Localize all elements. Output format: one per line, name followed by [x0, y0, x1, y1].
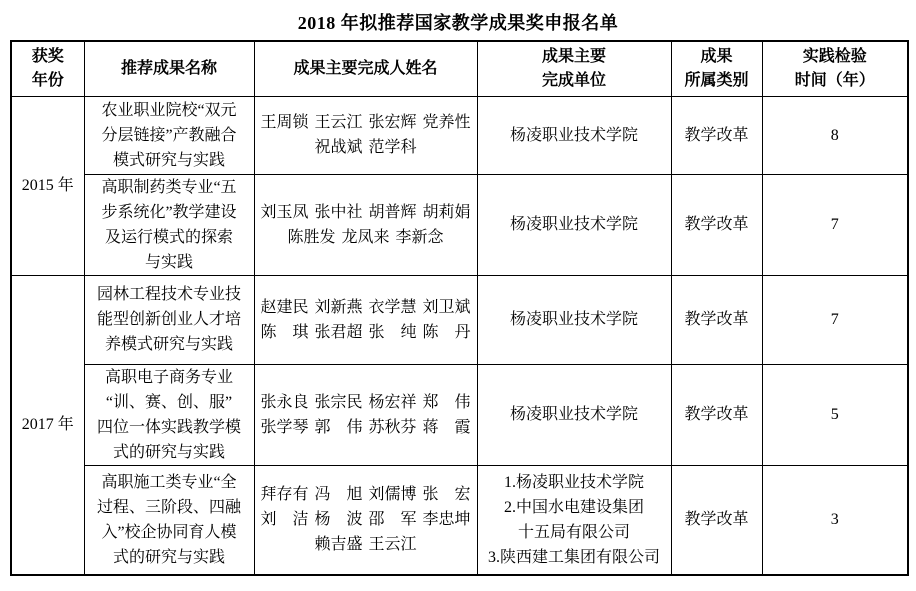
contributors-cell: 王周锁 王云江 张宏辉 党养性 祝战斌 范学科: [254, 96, 477, 174]
contributors-cell: 拜存有 冯 旭 刘儒博 张 宏 刘 洁 杨 波 邵 军 李忠坤 赖吉盛 王云江: [254, 465, 477, 575]
achievement-name-cell: 园林工程技术专业技 能型创新创业人才培 养模式研究与实践: [84, 275, 254, 364]
column-header-duration: 实践检验 时间（年）: [762, 41, 908, 96]
column-header-unit: 成果主要 完成单位: [477, 41, 671, 96]
header-row: 获奖 年份 推荐成果名称 成果主要完成人姓名 成果主要 完成单位 成果 所属类别…: [11, 41, 908, 96]
column-header-achievement-name: 推荐成果名称: [84, 41, 254, 96]
table-row: 高职电子商务专业 “训、赛、创、服” 四位一体实践教学模 式的研究与实践 张永良…: [11, 364, 908, 465]
unit-cell: 杨凌职业技术学院: [477, 174, 671, 275]
achievement-name-cell: 高职电子商务专业 “训、赛、创、服” 四位一体实践教学模 式的研究与实践: [84, 364, 254, 465]
table-row: 2015 年 农业职业院校“双元 分层链接”产教融合 模式研究与实践 王周锁 王…: [11, 96, 908, 174]
contributors-cell: 张永良 张宗民 杨宏祥 郑 伟 张学琴 郭 伟 苏秋芬 蒋 霞: [254, 364, 477, 465]
unit-cell: 杨凌职业技术学院: [477, 364, 671, 465]
document-page: 2018 年拟推荐国家教学成果奖申报名单 获奖 年份 推荐成果名称 成果主要完成…: [0, 0, 916, 591]
duration-cell: 5: [762, 364, 908, 465]
unit-cell: 1.杨凌职业技术学院 2.中国水电建设集团 十五局有限公司 3.陕西建工集团有限…: [477, 465, 671, 575]
contributors-cell: 赵建民 刘新燕 衣学慧 刘卫斌 陈 琪 张君超 张 纯 陈 丹: [254, 275, 477, 364]
category-cell: 教学改革: [671, 174, 762, 275]
category-cell: 教学改革: [671, 275, 762, 364]
page-title: 2018 年拟推荐国家教学成果奖申报名单: [0, 11, 916, 35]
year-cell-2015: 2015 年: [11, 96, 84, 275]
category-cell: 教学改革: [671, 364, 762, 465]
table-row: 高职施工类专业“全 过程、三阶段、四融 入”校企协同育人模 式的研究与实践 拜存…: [11, 465, 908, 575]
achievement-name-cell: 农业职业院校“双元 分层链接”产教融合 模式研究与实践: [84, 96, 254, 174]
column-header-award-year: 获奖 年份: [11, 41, 84, 96]
category-cell: 教学改革: [671, 465, 762, 575]
duration-cell: 7: [762, 275, 908, 364]
duration-cell: 8: [762, 96, 908, 174]
table-row: 高职制药类专业“五 步系统化”教学建设 及运行模式的探索 与实践 刘玉凤 张中社…: [11, 174, 908, 275]
year-cell-2017: 2017 年: [11, 275, 84, 575]
category-cell: 教学改革: [671, 96, 762, 174]
unit-cell: 杨凌职业技术学院: [477, 275, 671, 364]
column-header-contributors: 成果主要完成人姓名: [254, 41, 477, 96]
achievement-name-cell: 高职施工类专业“全 过程、三阶段、四融 入”校企协同育人模 式的研究与实践: [84, 465, 254, 575]
awards-table: 获奖 年份 推荐成果名称 成果主要完成人姓名 成果主要 完成单位 成果 所属类别…: [10, 40, 909, 576]
duration-cell: 7: [762, 174, 908, 275]
achievement-name-cell: 高职制药类专业“五 步系统化”教学建设 及运行模式的探索 与实践: [84, 174, 254, 275]
duration-cell: 3: [762, 465, 908, 575]
contributors-cell: 刘玉凤 张中社 胡普辉 胡莉娟 陈胜发 龙凤来 李新念: [254, 174, 477, 275]
column-header-category: 成果 所属类别: [671, 41, 762, 96]
unit-cell: 杨凌职业技术学院: [477, 96, 671, 174]
table-row: 2017 年 园林工程技术专业技 能型创新创业人才培 养模式研究与实践 赵建民 …: [11, 275, 908, 364]
